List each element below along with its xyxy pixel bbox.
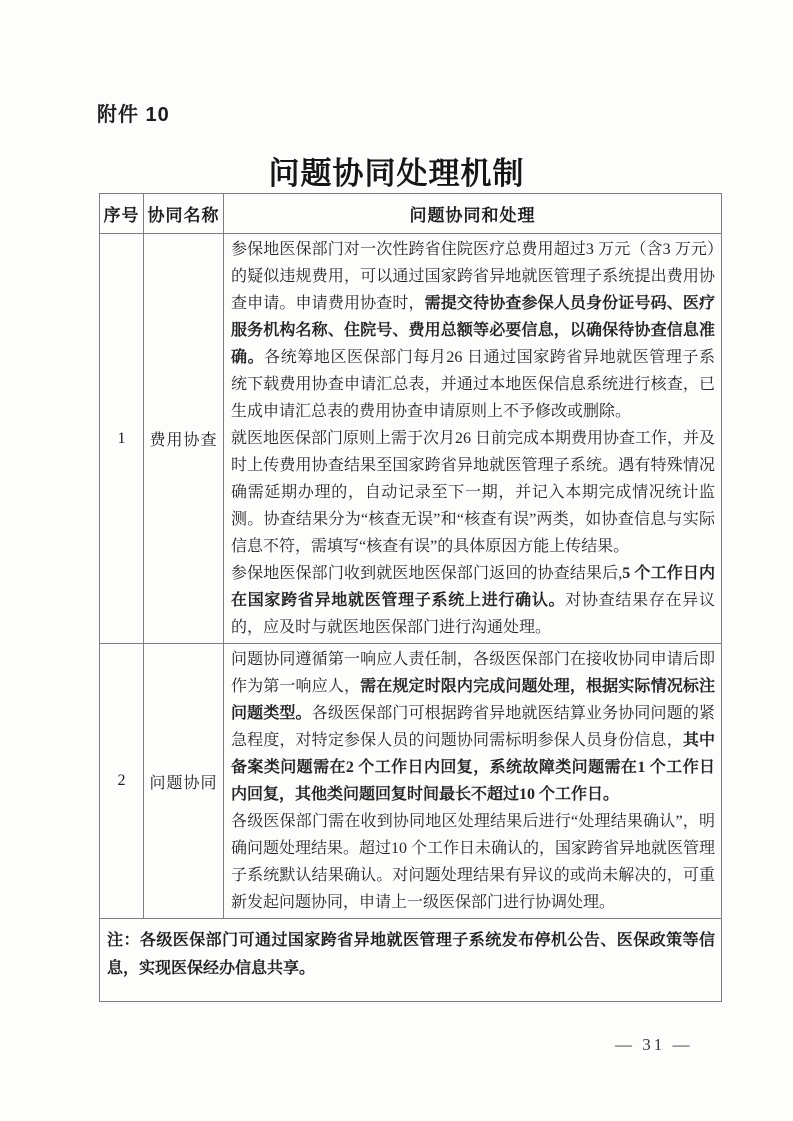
page-title: 问题协同处理机制 <box>0 148 793 193</box>
column-header-name: 协同名称 <box>144 194 224 234</box>
row-index: 2 <box>100 644 144 919</box>
table-header: 序号 协同名称 问题协同和处理 <box>100 194 722 234</box>
page-number: — 31 — <box>615 1035 693 1055</box>
row-content: 参保地医保部门对一次性跨省住院医疗总费用超过3 万元（含3 万元）的疑似违规费用… <box>224 234 722 644</box>
document-page: 附件 10 问题协同处理机制 序号 协同名称 问题协同和处理 1 费用协查 参保… <box>0 0 793 1121</box>
row-index: 1 <box>100 234 144 644</box>
header-row: 序号 协同名称 问题协同和处理 <box>100 194 722 234</box>
table-note: 注：各级医保部门可通过国家跨省异地就医管理子系统发布停机公告、医保政策等信息，实… <box>100 919 722 1002</box>
row-content: 问题协同遵循第一响应人责任制，各级医保部门在接收协同申请后即作为第一响应人，需在… <box>224 644 722 919</box>
table-row: 1 费用协查 参保地医保部门对一次性跨省住院医疗总费用超过3 万元（含3 万元）… <box>100 234 722 644</box>
column-header-index: 序号 <box>100 194 144 234</box>
coordination-table: 序号 协同名称 问题协同和处理 1 费用协查 参保地医保部门对一次性跨省住院医疗… <box>99 193 722 1002</box>
column-header-content: 问题协同和处理 <box>224 194 722 234</box>
row-name: 费用协查 <box>144 234 224 644</box>
note-row: 注：各级医保部门可通过国家跨省异地就医管理子系统发布停机公告、医保政策等信息，实… <box>100 919 722 1002</box>
attachment-label: 附件 10 <box>97 98 170 127</box>
row-name: 问题协同 <box>144 644 224 919</box>
table-row: 2 问题协同 问题协同遵循第一响应人责任制，各级医保部门在接收协同申请后即作为第… <box>100 644 722 919</box>
